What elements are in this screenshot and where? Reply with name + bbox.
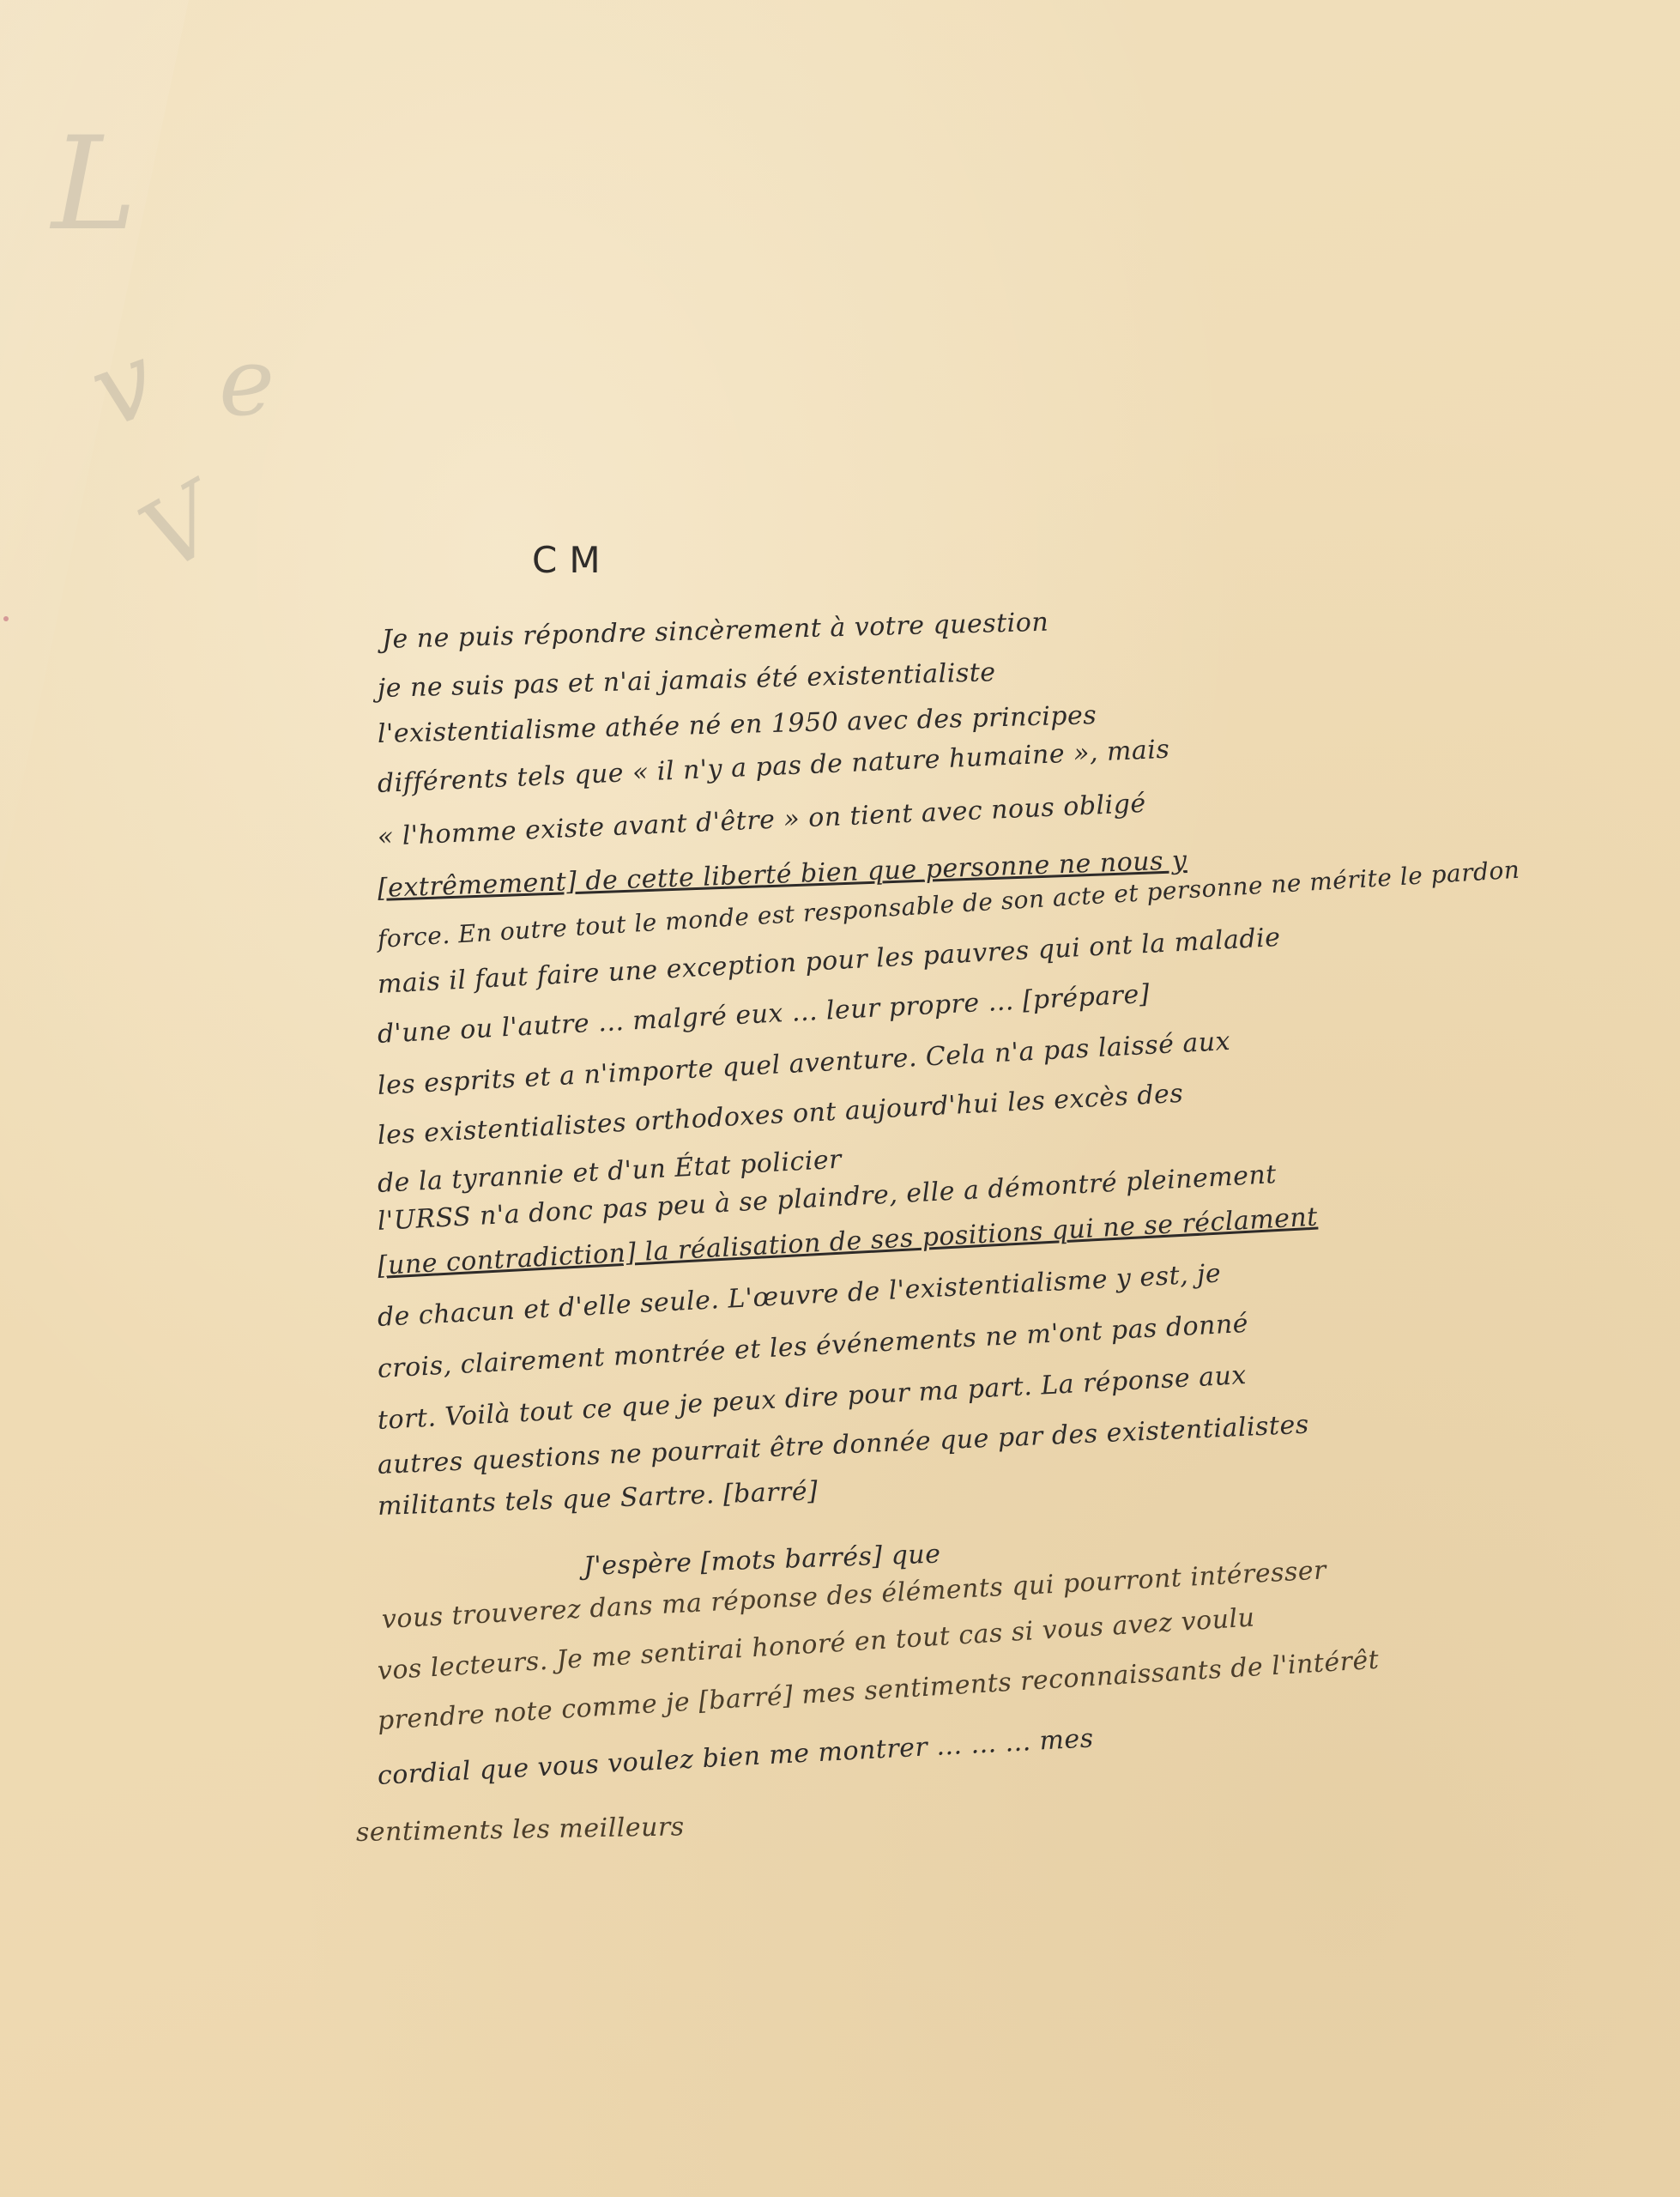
- manuscript-line: Je ne puis répondre sincèrement à votre …: [382, 608, 1049, 655]
- manuscript-line: « l'homme existe avant d'être » on tient…: [377, 789, 1146, 852]
- ghost-pencil-mark: V: [127, 470, 233, 586]
- manuscript-line: sentiments les meilleurs: [356, 1812, 685, 1848]
- manuscript-line: militants tels que Sartre. [barré]: [377, 1476, 818, 1522]
- manuscript-page: L v e V CM Je ne puis répondre sincèreme…: [0, 0, 1680, 2197]
- page-heading: CM: [532, 539, 613, 581]
- manuscript-line: J'espère [mots barrés] que: [583, 1539, 941, 1582]
- ghost-pencil-mark: e: [219, 335, 275, 429]
- red-ink-dot: [3, 616, 9, 621]
- manuscript-line: cordial que vous voulez bien me montrer …: [377, 1723, 1094, 1791]
- manuscript-line: je ne suis pas et n'ai jamais été existe…: [378, 657, 996, 704]
- ghost-pencil-mark: L: [51, 120, 137, 249]
